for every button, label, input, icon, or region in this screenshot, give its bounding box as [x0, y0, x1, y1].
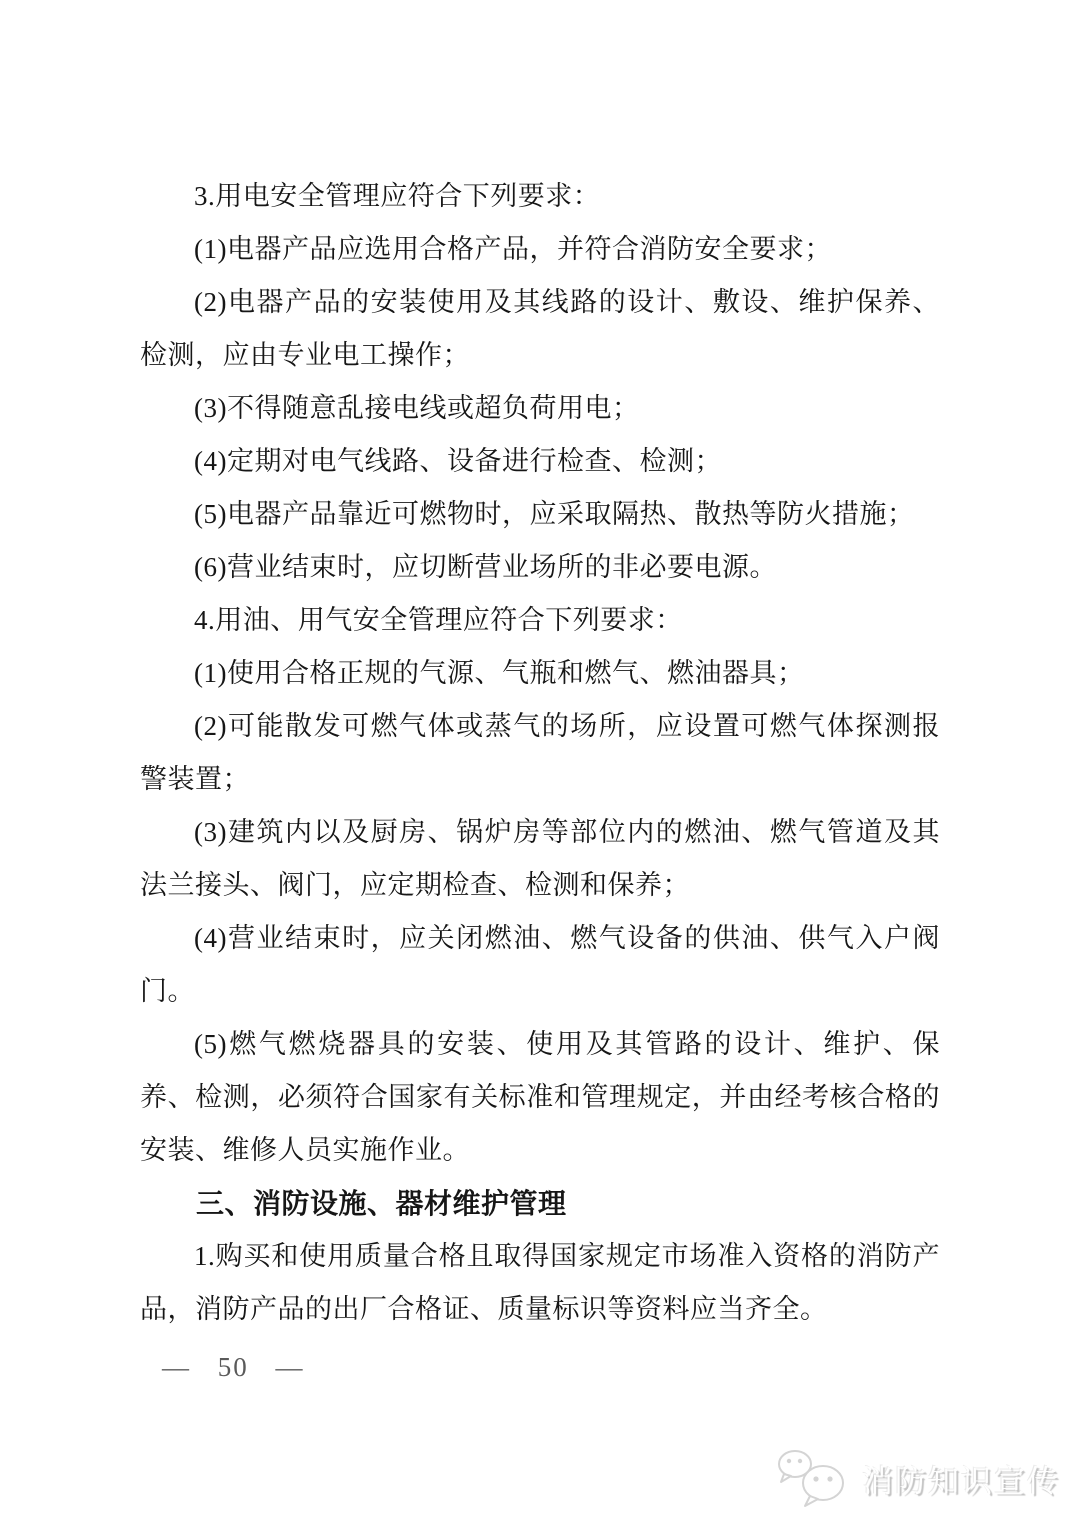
- paragraph: (5)燃气燃烧器具的安装、使用及其管路的设计、维护、保养、检测，必须符合国家有关…: [140, 1018, 940, 1177]
- paragraph: (5)电器产品靠近可燃物时，应采取隔热、散热等防火措施；: [140, 488, 940, 541]
- paragraph: (2)可能散发可燃气体或蒸气的场所，应设置可燃气体探测报警装置；: [140, 700, 940, 806]
- page-number: — 50 —: [162, 1352, 305, 1383]
- paragraph: 4.用油、用气安全管理应符合下列要求：: [140, 594, 940, 647]
- document-body: 3.用电安全管理应符合下列要求： (1)电器产品应选用合格产品，并符合消防安全要…: [140, 170, 940, 1336]
- paragraph: (2)电器产品的安装使用及其线路的设计、敷设、维护保养、检测，应由专业电工操作；: [140, 276, 940, 382]
- wechat-icon: [774, 1447, 852, 1509]
- paragraph: 3.用电安全管理应符合下列要求：: [140, 170, 940, 223]
- section-heading: 三、消防设施、器材维护管理: [140, 1177, 940, 1230]
- paragraph: (3)建筑内以及厨房、锅炉房等部位内的燃油、燃气管道及其法兰接头、阀门，应定期检…: [140, 806, 940, 912]
- paragraph: (4)营业结束时，应关闭燃油、燃气设备的供油、供气入户阀门。: [140, 912, 940, 1018]
- paragraph: 1.购买和使用质量合格且取得国家规定市场准入资格的消防产品，消防产品的出厂合格证…: [140, 1230, 940, 1336]
- paragraph: (4)定期对电气线路、设备进行检查、检测；: [140, 435, 940, 488]
- watermark-label: 消防知识宣传: [862, 1456, 1060, 1501]
- paragraph: (3)不得随意乱接电线或超负荷用电；: [140, 382, 940, 435]
- paragraph: (1)电器产品应选用合格产品，并符合消防安全要求；: [140, 223, 940, 276]
- paragraph: (6)营业结束时，应切断营业场所的非必要电源。: [140, 541, 940, 594]
- watermark: 消防知识宣传: [774, 1447, 1060, 1509]
- paragraph: (1)使用合格正规的气源、气瓶和燃气、燃油器具；: [140, 647, 940, 700]
- document-page: 3.用电安全管理应符合下列要求： (1)电器产品应选用合格产品，并符合消防安全要…: [0, 0, 1080, 1527]
